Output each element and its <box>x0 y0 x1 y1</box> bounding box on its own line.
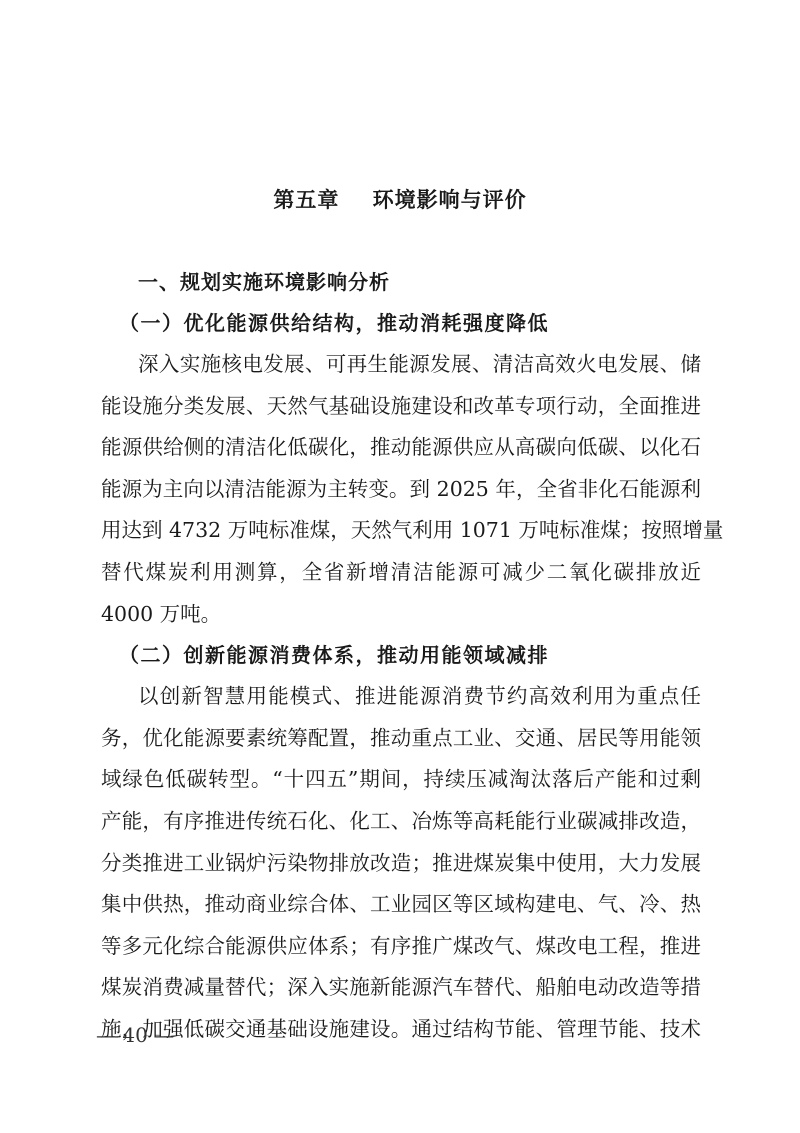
paragraph-line: 分类推进工业锅炉污染物排放改造；推进煤炭集中使用，大力发展 <box>101 843 701 885</box>
subsection-heading-2: （二）创新能源消费体系，推动用能领域减排 <box>119 635 701 676</box>
paragraph-line: 替代煤炭利用测算，全省新增清洁能源可减少二氧化碳排放近 <box>101 552 701 594</box>
document-page: 第五章 环境影响与评价 一、规划实施环境影响分析 （一）优化能源供给结构，推动消… <box>0 0 800 1133</box>
paragraph-line: 域绿色低碳转型。“十四五”期间，持续压减淘汰落后产能和过剩 <box>101 759 701 801</box>
paragraph-line: 用达到 4732 万吨标准煤，天然气利用 1071 万吨标准煤；按照增量 <box>101 510 701 552</box>
subsection-heading-1: （一）优化能源供给结构，推动消耗强度降低 <box>119 303 701 344</box>
paragraph-line: 务，优化能源要素统筹配置，推动重点工业、交通、居民等用能领 <box>101 718 701 760</box>
page-number: — 40 — <box>96 1021 174 1049</box>
paragraph-line: 煤炭消费减量替代；深入实施新能源汽车替代、船舶电动改造等措 <box>101 967 701 1009</box>
paragraph-energy-supply: 深入实施核电发展、可再生能源发展、清洁高效火电发展、储 能设施分类发展、天然气基… <box>101 344 701 635</box>
paragraph-line: 能源为主向以清洁能源为主转变。到 2025 年，全省非化石能源利 <box>101 469 701 511</box>
chapter-title: 第五章 环境影响与评价 <box>0 184 800 216</box>
document-body: 一、规划实施环境影响分析 （一）优化能源供给结构，推动消耗强度降低 深入实施核电… <box>101 262 701 1051</box>
paragraph-line: 4000 万吨。 <box>101 594 701 636</box>
paragraph-energy-consumption: 以创新智慧用能模式、推进能源消费节约高效利用为重点任 务，优化能源要素统筹配置，… <box>101 676 701 1050</box>
paragraph-line: 产能，有序推进传统石化、化工、冶炼等高耗能行业碳减排改造， <box>101 801 701 843</box>
paragraph-line: 施，加强低碳交通基础设施建设。通过结构节能、管理节能、技术 <box>101 1009 701 1051</box>
paragraph-line: 等多元化综合能源供应体系；有序推广煤改气、煤改电工程，推进 <box>101 926 701 968</box>
paragraph-line: 能源供给侧的清洁化低碳化，推动能源供应从高碳向低碳、以化石 <box>101 427 701 469</box>
section-heading: 一、规划实施环境影响分析 <box>138 262 701 303</box>
paragraph-line: 能设施分类发展、天然气基础设施建设和改革专项行动，全面推进 <box>101 386 701 428</box>
paragraph-line: 集中供热，推动商业综合体、工业园区等区域构建电、气、冷、热 <box>101 884 701 926</box>
paragraph-line: 以创新智慧用能模式、推进能源消费节约高效利用为重点任 <box>101 676 701 718</box>
paragraph-line: 深入实施核电发展、可再生能源发展、清洁高效火电发展、储 <box>101 344 701 386</box>
